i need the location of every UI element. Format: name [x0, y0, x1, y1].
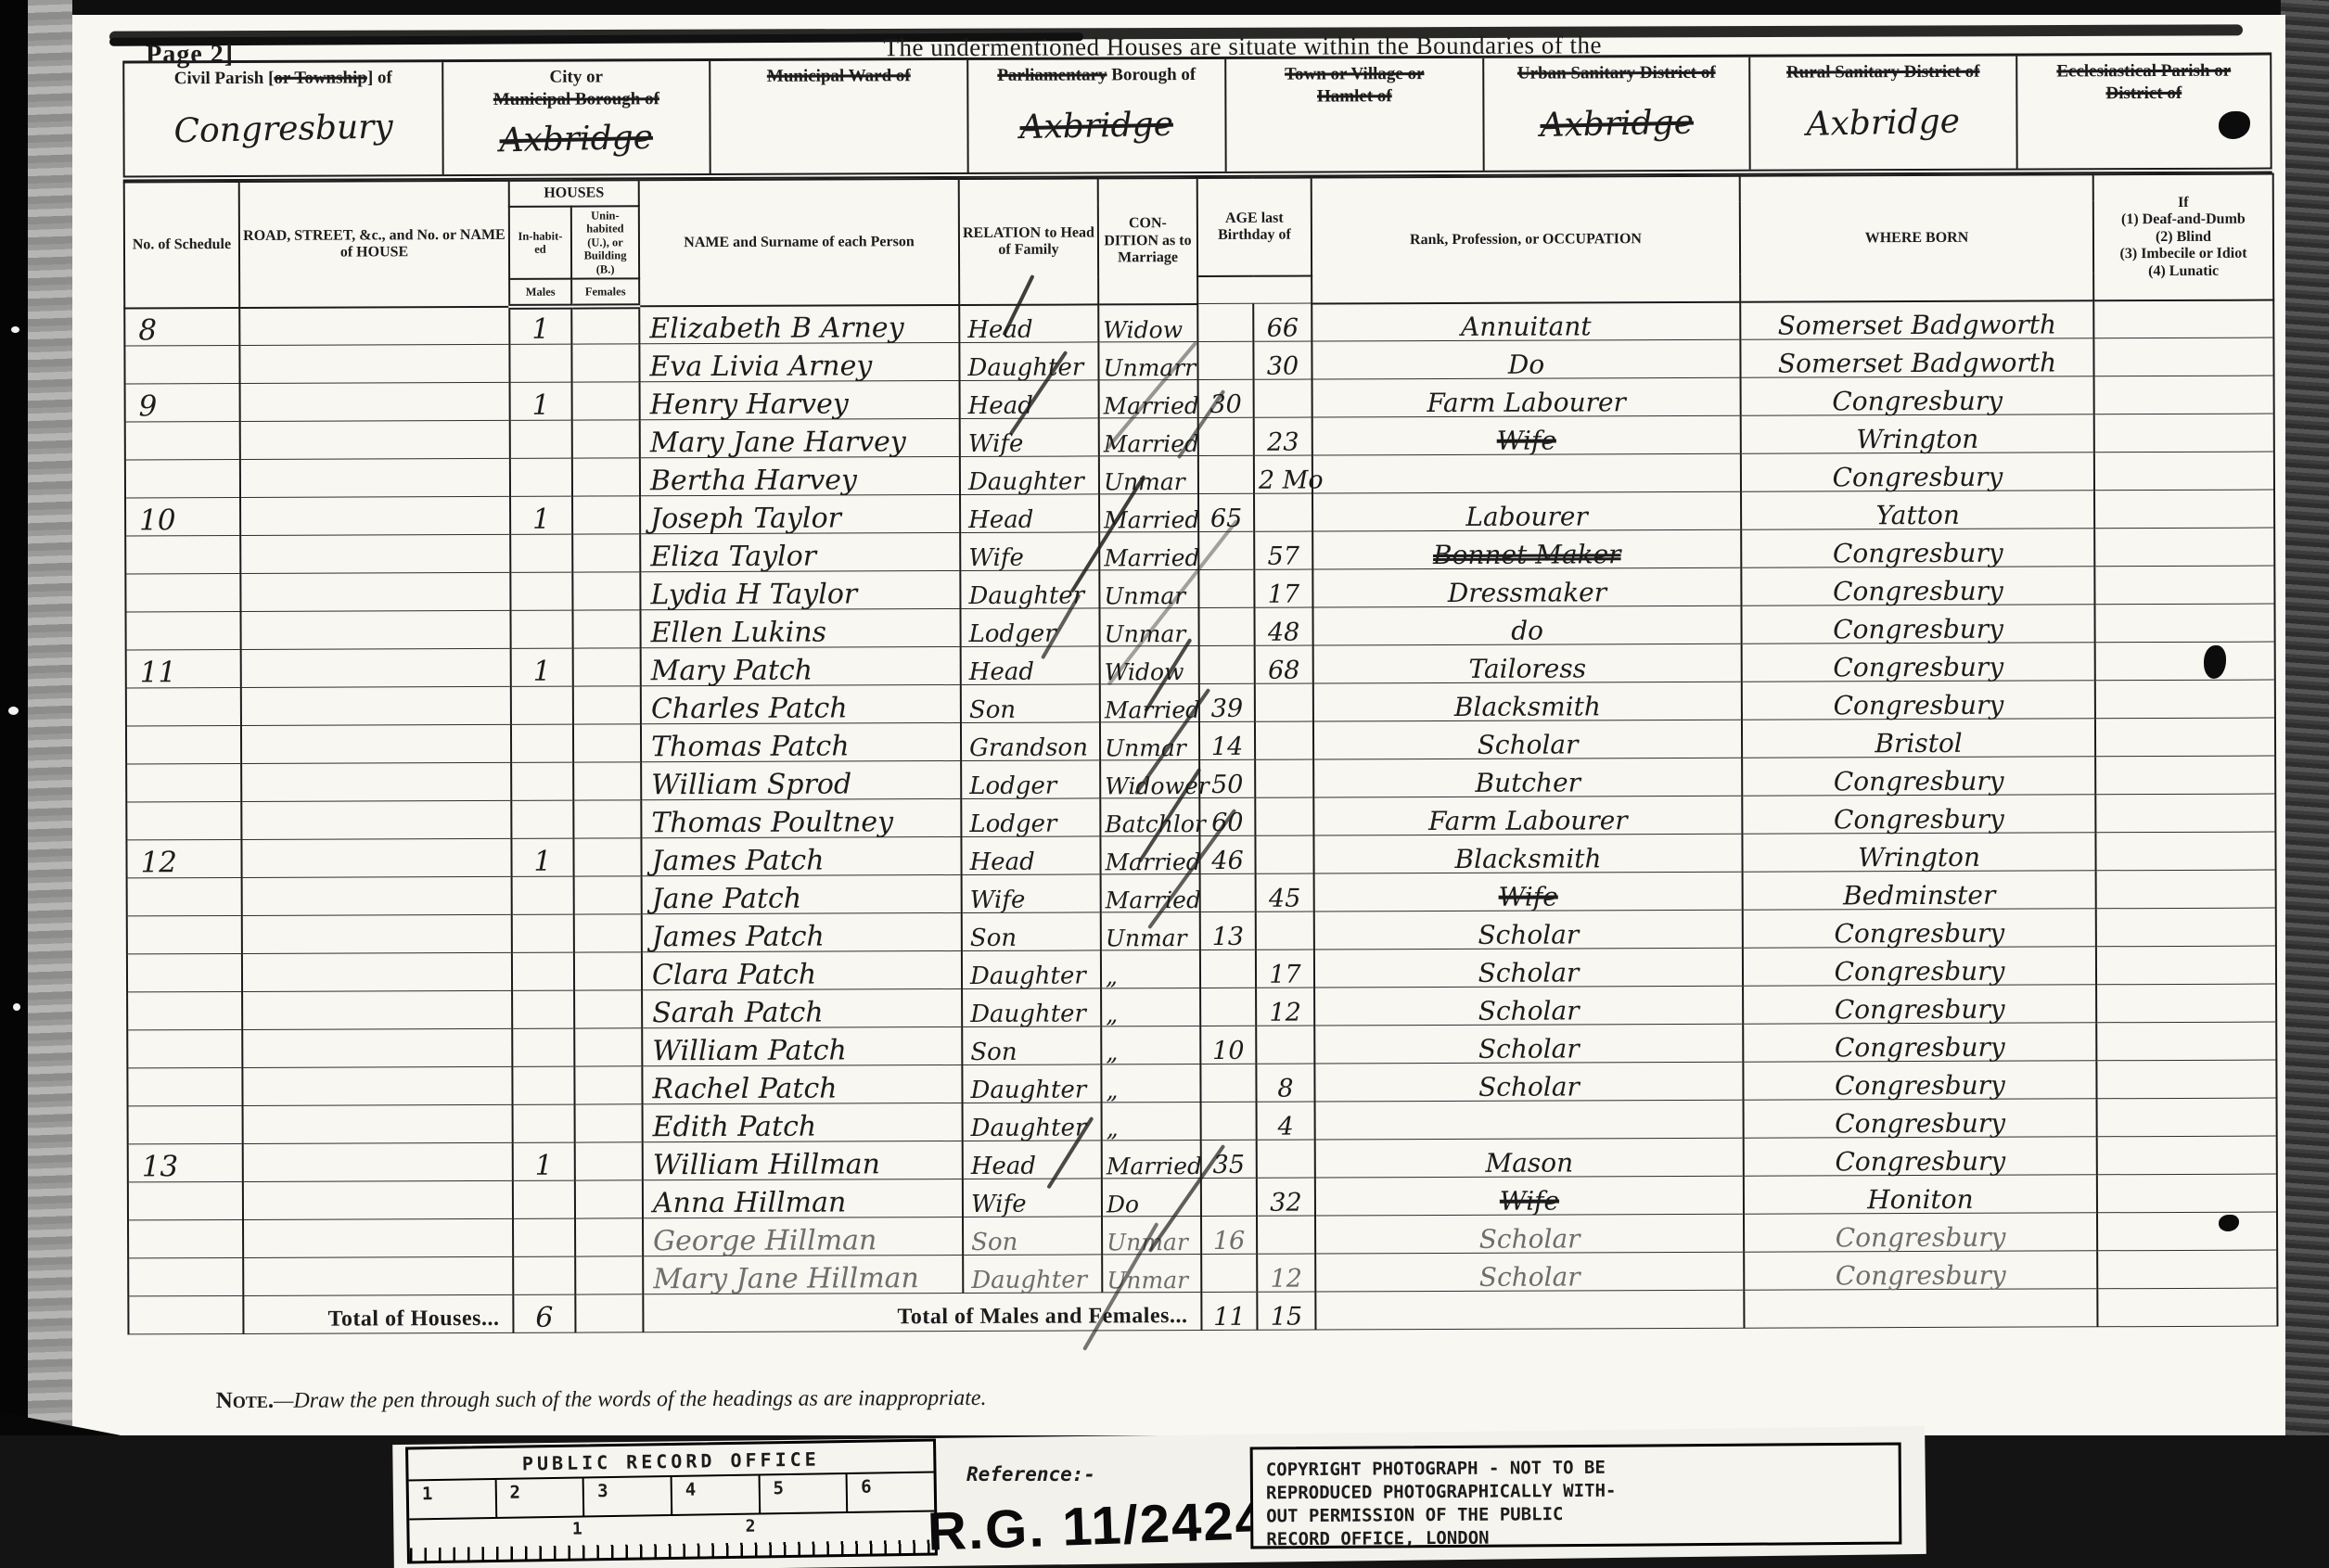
cell-inhabited: [511, 724, 573, 762]
occupation-value: Labourer: [1317, 504, 1736, 530]
ruler-number: 1: [409, 1480, 497, 1518]
cell-road-street: [240, 459, 510, 498]
cell-person-name: Joseph Taylor: [640, 495, 960, 534]
cell-relation: Head: [960, 380, 1099, 419]
cell-relation: Son: [962, 912, 1101, 951]
cell-relation: Son: [961, 684, 1100, 723]
cell-age-female: [1255, 835, 1313, 873]
condition-value: Married: [1104, 547, 1194, 569]
cell-schedule-number: [128, 1182, 243, 1220]
occupation-value: Blacksmith: [1318, 695, 1737, 720]
district-label-segment: Ecclesiastical Parish or: [2056, 61, 2231, 82]
cell-totals-blank: [128, 1296, 243, 1334]
cell-occupation: Scholar: [1314, 949, 1743, 988]
district-cell: Town or Village orHamlet of: [1226, 58, 1484, 172]
where-born-value: Somerset Badgworth: [1745, 351, 2089, 376]
district-label-segment: or Township: [274, 68, 367, 87]
infirmity-header-line: (1) Deaf-and-Dumb: [2097, 211, 2270, 229]
relation-value: Lodger: [966, 812, 1095, 835]
cell-occupation: Farm Labourer: [1312, 378, 1741, 418]
census-record-row: Thomas PoultneyLodgerBatchlor60Farm Labo…: [126, 794, 2275, 840]
ruler-number: 5: [760, 1474, 848, 1512]
condition-value: Unmar: [1106, 927, 1196, 950]
cell-uninhabited: [573, 838, 641, 876]
occupation-value: Wife: [1317, 428, 1736, 454]
cell-uninhabited: [574, 1066, 642, 1104]
cell-age-female: [1256, 911, 1314, 950]
schedule-number: 11: [131, 659, 237, 687]
occupation-value: Scholar: [1320, 1227, 1739, 1253]
cell-road-street: [242, 1029, 512, 1068]
cell-infirmity: [2095, 794, 2275, 833]
film-edge-left-black: [0, 0, 28, 1568]
where-born-value: Congresbury: [1746, 389, 2090, 414]
cell-occupation: [1315, 1101, 1744, 1141]
cell-person-name: Lydia H Taylor: [640, 571, 960, 610]
occupation-value: Bonnet Maker: [1317, 542, 1736, 568]
infirmity-header-line: (4) Lunatic: [2097, 262, 2270, 280]
district-label: Rural Sanitary District of: [1750, 57, 2015, 84]
cell-age-male: [1200, 988, 1256, 1026]
cell-uninhabited: [572, 458, 640, 496]
footnote-prefix: Note.: [216, 1388, 274, 1413]
cell-occupation: Scholar: [1315, 1253, 1744, 1293]
age-male-value: 14: [1204, 735, 1250, 759]
cell-occupation: Blacksmith: [1313, 835, 1742, 874]
cell-road-street: [242, 877, 512, 916]
cell-road-street: [242, 915, 512, 954]
cell-occupation: Scholar: [1314, 1025, 1743, 1064]
condition-value: „: [1106, 965, 1196, 988]
census-record-row: Mary Jane HarveyWifeMarried23WifeWringto…: [125, 414, 2274, 460]
census-table: No. of Schedule ROAD, STREET, &c., and N…: [123, 173, 2279, 1335]
where-born-value: Congresbury: [1747, 693, 2091, 719]
cell-inhabited: [511, 686, 573, 724]
cell-person-name: Ellen Lukins: [641, 609, 961, 648]
cell-age-female: [1255, 683, 1313, 721]
cell-uninhabited: [575, 1180, 643, 1218]
cell-relation: Wife: [963, 1179, 1102, 1217]
film-edge-left-gray: [28, 0, 72, 1568]
census-scan-page: Page 2] The undermentioned Houses are si…: [0, 0, 2329, 1568]
occupation-value: Farm Labourer: [1318, 809, 1737, 835]
cell-condition: Married: [1099, 532, 1198, 570]
district-label-segment: Borough of: [1107, 65, 1196, 84]
relation-value: Daughter: [965, 470, 1094, 493]
relation-value: Head: [966, 660, 1095, 683]
cell-road-street: [241, 839, 511, 878]
cell-schedule-number: [128, 1258, 243, 1296]
person-name: Edith Patch: [647, 1114, 958, 1141]
col-header-inhabited: In-habit-ed: [509, 207, 571, 279]
cell-inhabited: [509, 344, 571, 382]
cell-schedule-number: 10: [125, 498, 240, 536]
condition-value: „: [1107, 1117, 1196, 1140]
census-record-row: Rachel PatchDaughter„8ScholarCongresbury: [127, 1060, 2276, 1106]
cell-road-street: [240, 573, 510, 612]
cell-infirmity: [2094, 452, 2274, 491]
cell-schedule-number: [125, 574, 240, 612]
where-born-value: Wrington: [1746, 427, 2090, 453]
cell-relation: Grandson: [961, 722, 1100, 761]
cell-uninhabited: [572, 420, 640, 458]
cell-age-female: 17: [1256, 950, 1314, 988]
film-speck: [11, 326, 19, 333]
cell-occupation: Scholar: [1314, 1063, 1743, 1103]
totals-row: Total of Houses...6Total of Males and Fe…: [128, 1288, 2277, 1334]
cell-infirmity: [2094, 490, 2274, 529]
age-female-value: 8: [1260, 1077, 1310, 1101]
cell-person-name: Bertha Harvey: [640, 457, 960, 496]
cell-relation: Lodger: [961, 608, 1100, 647]
ruler-number: 3: [584, 1477, 672, 1515]
cell-person-name: William Patch: [642, 1027, 962, 1066]
cell-schedule-number: [124, 346, 239, 384]
cell-occupation: Wife: [1312, 416, 1741, 456]
where-born-value: Congresbury: [1747, 769, 2091, 795]
relation-value: Head: [966, 850, 1096, 873]
relation-value: Wife: [967, 1192, 1097, 1216]
district-label: Civil Parish [or Township] of: [124, 62, 441, 90]
cell-where-born: Congresbury: [1742, 757, 2095, 796]
relation-value: Wife: [965, 546, 1094, 569]
census-record-row: Eva Livia ArneyDaughterUnmarr30DoSomerse…: [124, 338, 2273, 384]
cell-where-born: Congresbury: [1744, 1099, 2097, 1138]
cell-uninhabited: [572, 534, 640, 572]
census-record-row: Sarah PatchDaughter„12ScholarCongresbury: [127, 984, 2276, 1030]
cell-where-born: Congresbury: [1741, 567, 2094, 606]
cell-person-name: Eliza Taylor: [640, 533, 960, 572]
inhabited-mark: 1: [516, 658, 569, 685]
film-edge-right: [2281, 0, 2329, 1568]
cell-age-male: [1197, 342, 1253, 380]
cell-condition: Batchlor: [1100, 798, 1199, 836]
ruler-number: 2: [496, 1478, 584, 1516]
cell-schedule-number: [127, 1068, 242, 1106]
occupation-value: Scholar: [1319, 1037, 1738, 1063]
cell-where-born: Congresbury: [1741, 376, 2094, 415]
col-header-females: Females: [571, 278, 639, 306]
cell-schedule-number: [127, 992, 242, 1030]
occupation-value: Mason: [1320, 1151, 1739, 1177]
cell-inhabited: 1: [511, 838, 573, 876]
cell-where-born: Congresbury: [1743, 985, 2096, 1024]
cell-uninhabited: [574, 914, 642, 952]
district-label: Urban Sanitary District of: [1484, 57, 1748, 85]
occupation-value: Dressmaker: [1317, 580, 1736, 606]
cell-uninhabited: [574, 876, 642, 914]
cell-total-mf-label: Total of Males and Females...: [643, 1293, 1201, 1332]
cell-relation: Daughter: [962, 988, 1101, 1027]
person-name: Mary Jane Hillman: [647, 1266, 958, 1294]
person-name: Rachel Patch: [646, 1076, 957, 1103]
inhabited-mark: 1: [515, 506, 568, 533]
cell-age-female: [1257, 1140, 1315, 1178]
person-name: Sarah Patch: [646, 1000, 957, 1027]
relation-value: Daughter: [966, 1002, 1096, 1026]
cell-schedule-number: [127, 916, 242, 954]
cell-where-born: Yatton: [1741, 491, 2094, 529]
cell-inhabited: [510, 420, 572, 458]
census-record-row: Anna HillmanWifeDo32WifeHoniton: [128, 1174, 2277, 1220]
age-male-value: 16: [1206, 1230, 1252, 1254]
cell-schedule-number: [125, 460, 240, 498]
cell-total-males: 11: [1201, 1293, 1257, 1331]
age-male-value: 10: [1205, 1039, 1251, 1064]
cell-infirmity: [2094, 376, 2274, 414]
person-name: Eva Livia Arney: [644, 353, 954, 381]
age-female-value: 48: [1260, 620, 1309, 644]
where-born-value: Congresbury: [1748, 1111, 2092, 1137]
cell-schedule-number: 13: [128, 1144, 243, 1182]
cell-where-born: Congresbury: [1742, 795, 2095, 834]
district-value: [1226, 107, 1482, 172]
cell-occupation: Mason: [1315, 1139, 1744, 1179]
col-header-uninhabited: Unin-habited (U.), or Building (B.): [571, 206, 639, 278]
cell-occupation: Annuitant: [1312, 302, 1740, 342]
district-label-segment: ] of: [367, 68, 392, 87]
cell-road-street: [243, 1257, 513, 1296]
cell-occupation: Butcher: [1313, 759, 1742, 798]
cell-uninhabited: [575, 1104, 643, 1142]
col-header-road: ROAD, STREET, &c., and No. or NAME of HO…: [239, 181, 510, 308]
cell-infirmity: [2096, 908, 2276, 947]
cell-person-name: Edith Patch: [643, 1103, 963, 1142]
cell-schedule-number: [125, 536, 240, 574]
age-female-value: 2 Mo: [1259, 468, 1308, 492]
where-born-value: Wrington: [1747, 845, 2091, 871]
cell-road-street: [239, 345, 509, 384]
person-name: Jane Patch: [646, 886, 957, 913]
age-female-value: 57: [1259, 544, 1308, 568]
age-female-value: 30: [1258, 354, 1307, 378]
cell-person-name: Mary Patch: [641, 647, 961, 686]
person-name: William Hillman: [647, 1152, 958, 1179]
district-cell: Municipal Ward of: [710, 60, 968, 173]
cell-where-born: Congresbury: [1744, 1213, 2097, 1252]
cell-relation: Daughter: [963, 1255, 1102, 1294]
cell-person-name: George Hillman: [643, 1217, 963, 1256]
age-female-value: 32: [1261, 1191, 1311, 1215]
person-name: William Sprod: [646, 771, 956, 799]
census-record-row: 111Mary PatchHeadWidow68TailoressCongres…: [126, 642, 2275, 688]
cell-where-born: Bedminster: [1743, 871, 2096, 910]
cell-person-name: Thomas Patch: [641, 723, 961, 762]
cell-uninhabited: [572, 572, 640, 610]
cell-inhabited: [513, 1180, 575, 1218]
cell-road-street: [242, 953, 512, 992]
district-label-segment: Municipal Ward of: [767, 66, 911, 86]
cell-infirmity: [2096, 1060, 2276, 1099]
cell-road-street: [240, 535, 510, 574]
col-header-condition: CON-DITION as to Marriage: [1098, 178, 1198, 304]
col-header-age: AGE last Birthday of: [1197, 178, 1312, 276]
cell-age-female: [1254, 493, 1312, 531]
age-female-value: 17: [1260, 962, 1310, 987]
cell-age-female: 8: [1256, 1064, 1314, 1102]
district-label: Parliamentary Borough of: [968, 59, 1224, 87]
district-value: Axbridge: [1750, 83, 2015, 169]
cell-uninhabited: [573, 800, 641, 838]
condition-value: Unmar: [1104, 471, 1194, 493]
cell-age-female: 68: [1255, 645, 1313, 683]
cell-inhabited: [510, 534, 572, 572]
cell-infirmity: [2096, 870, 2276, 909]
census-record-row: Thomas PatchGrandsonUnmar14ScholarBristo…: [126, 718, 2275, 764]
cell-age-female: 4: [1257, 1102, 1315, 1140]
cell-occupation: Bonnet Maker: [1312, 530, 1741, 570]
cell-inhabited: [513, 1218, 575, 1256]
cell-age-female: 2 Mo: [1254, 455, 1312, 493]
relation-value: Head: [965, 508, 1094, 531]
cell-relation: Head: [960, 494, 1099, 533]
cell-relation: Head: [961, 646, 1100, 685]
cell-age-female: [1255, 759, 1313, 797]
where-born-value: Congresbury: [1748, 1263, 2092, 1289]
cell-condition: Unmarr: [1098, 342, 1197, 380]
cell-road-street: [241, 763, 511, 802]
census-record-row: Bertha HarveyDaughterUnmar2 MoCongresbur…: [125, 452, 2274, 498]
relation-value: Wife: [965, 432, 1094, 455]
person-name: Thomas Patch: [646, 733, 956, 761]
age-male-value: 50: [1204, 773, 1250, 797]
ruler-number: 4: [672, 1476, 761, 1514]
relation-value: Grandson: [966, 736, 1095, 759]
cell-where-born: Congresbury: [1742, 681, 2095, 720]
age-female-value: 68: [1260, 658, 1309, 682]
total-houses-value: 6: [518, 1305, 570, 1332]
occupation-value: Farm Labourer: [1317, 390, 1736, 416]
schedule-number: 12: [131, 849, 237, 877]
cell-uninhabited: [575, 1256, 643, 1294]
condition-value: Married: [1107, 1155, 1196, 1178]
cell-age-female: 12: [1257, 1254, 1315, 1292]
cell-occupation: Scholar: [1315, 1215, 1744, 1255]
cell-inhabited: [510, 572, 572, 610]
occupation-value: Annuitant: [1316, 314, 1735, 340]
occupation-value: Tailoress: [1318, 657, 1737, 682]
cell-total-houses-label: Total of Houses...: [243, 1295, 513, 1334]
col-header-name: NAME and Surname of each Person: [639, 179, 960, 306]
schedule-number: 9: [130, 393, 236, 421]
cell-infirmity: [2095, 756, 2275, 795]
cell-inhabited: [511, 800, 573, 838]
condition-value: Unmar: [1105, 737, 1195, 759]
cell-schedule-number: [125, 422, 240, 460]
cell-age-female: [1256, 1026, 1314, 1064]
census-record-row: Ellen LukinsLodgerUnmar48doCongresbury: [125, 604, 2274, 650]
cell-person-name: Charles Patch: [641, 685, 961, 724]
age-female-value: 17: [1259, 582, 1308, 606]
cell-where-born: Congresbury: [1741, 529, 2094, 567]
cell-infirmity: [2095, 642, 2275, 681]
cell-schedule-number: [127, 1030, 242, 1068]
person-name: William Patch: [646, 1038, 957, 1065]
infirmity-header-line: (2) Blind: [2097, 228, 2270, 246]
cell-relation: Daughter: [959, 342, 1098, 381]
person-name: Henry Harvey: [645, 391, 955, 419]
cell-condition: „: [1101, 988, 1200, 1026]
cell-occupation: Tailoress: [1313, 644, 1742, 684]
ruler-number: 6: [848, 1473, 934, 1511]
cell-infirmity: [2095, 832, 2275, 871]
district-label-segment: Civil Parish [: [174, 69, 275, 88]
cell-where-born: Somerset Badgworth: [1740, 300, 2093, 339]
cell-inhabited: [512, 1028, 574, 1066]
condition-value: „: [1106, 1041, 1196, 1064]
person-name: Mary Jane Harvey: [645, 429, 955, 457]
total-females-value: 15: [1261, 1305, 1311, 1329]
relation-value: Son: [966, 698, 1095, 721]
district-cell: City orMunicipal Borough ofAxbridge: [443, 61, 710, 174]
cell-uninhabited: [574, 990, 642, 1028]
cell-schedule-number: [127, 878, 242, 916]
district-header-band: Civil Parish [or Township] ofCongresbury…: [122, 53, 2271, 182]
age-male-value: 65: [1203, 507, 1249, 531]
where-born-value: Congresbury: [1747, 1035, 2092, 1061]
footnote-text: —Draw the pen through such of the words …: [274, 1386, 987, 1413]
cell-inhabited: [512, 1066, 574, 1104]
cell-person-name: Mary Jane Hillman: [643, 1256, 963, 1294]
district-value: Axbridge: [1484, 83, 1748, 170]
district-label-segment: Hamlet of: [1317, 86, 1392, 106]
occupation-value: Blacksmith: [1318, 847, 1737, 873]
cell-relation: Son: [963, 1217, 1102, 1256]
district-handwritten-value: Axbridge: [499, 119, 653, 160]
district-handwritten-value: Axbridge: [1019, 106, 1173, 147]
cell-age-male: [1198, 532, 1254, 570]
cell-inhabited: [512, 952, 574, 990]
cell-where-born: Congresbury: [1742, 643, 2095, 682]
cell-totals-blank: [1744, 1289, 2097, 1328]
occupation-value: Scholar: [1319, 961, 1738, 987]
where-born-value: Congresbury: [1747, 959, 2092, 985]
where-born-value: Congresbury: [1746, 579, 2090, 605]
cell-occupation: Scholar: [1313, 720, 1742, 760]
relation-value: Son: [966, 926, 1096, 950]
cell-totals-blank: [575, 1294, 643, 1332]
cell-occupation: Scholar: [1314, 911, 1743, 950]
cell-age-female: [1257, 1216, 1315, 1254]
cell-age-male: [1200, 1064, 1256, 1103]
cell-relation: Head: [961, 836, 1100, 875]
cell-age-male: [1198, 456, 1254, 494]
infirmity-header-line: (3) Imbecile or Idiot: [2097, 246, 2270, 263]
cell-age-male: [1199, 608, 1255, 646]
occupation-value: Butcher: [1318, 771, 1737, 797]
cell-relation: Head: [963, 1141, 1102, 1179]
cell-age-male: [1199, 646, 1255, 684]
age-female-value: 66: [1258, 316, 1307, 340]
relation-value: Head: [967, 1154, 1097, 1178]
relation-value: Son: [966, 1040, 1096, 1064]
census-record-row: 91Henry HarveyHeadMarried30Farm Labourer…: [125, 376, 2274, 422]
inhabited-mark: 1: [516, 848, 569, 875]
district-value: Axbridge: [443, 110, 709, 175]
cell-uninhabited: [573, 686, 641, 724]
cell-schedule-number: 9: [125, 384, 240, 422]
cell-age-female: 30: [1253, 341, 1312, 379]
cell-uninhabited: [573, 724, 641, 762]
cell-condition: Unmar: [1100, 608, 1199, 646]
cell-person-name: William Hillman: [643, 1141, 963, 1180]
district-handwritten-value: Congresbury: [173, 108, 393, 151]
person-name: James Patch: [646, 848, 956, 875]
cell-road-street: [243, 1143, 513, 1182]
cell-inhabited: [513, 1104, 575, 1142]
reference-label: Reference:-: [966, 1463, 1095, 1485]
cell-inhabited: 1: [513, 1142, 575, 1180]
